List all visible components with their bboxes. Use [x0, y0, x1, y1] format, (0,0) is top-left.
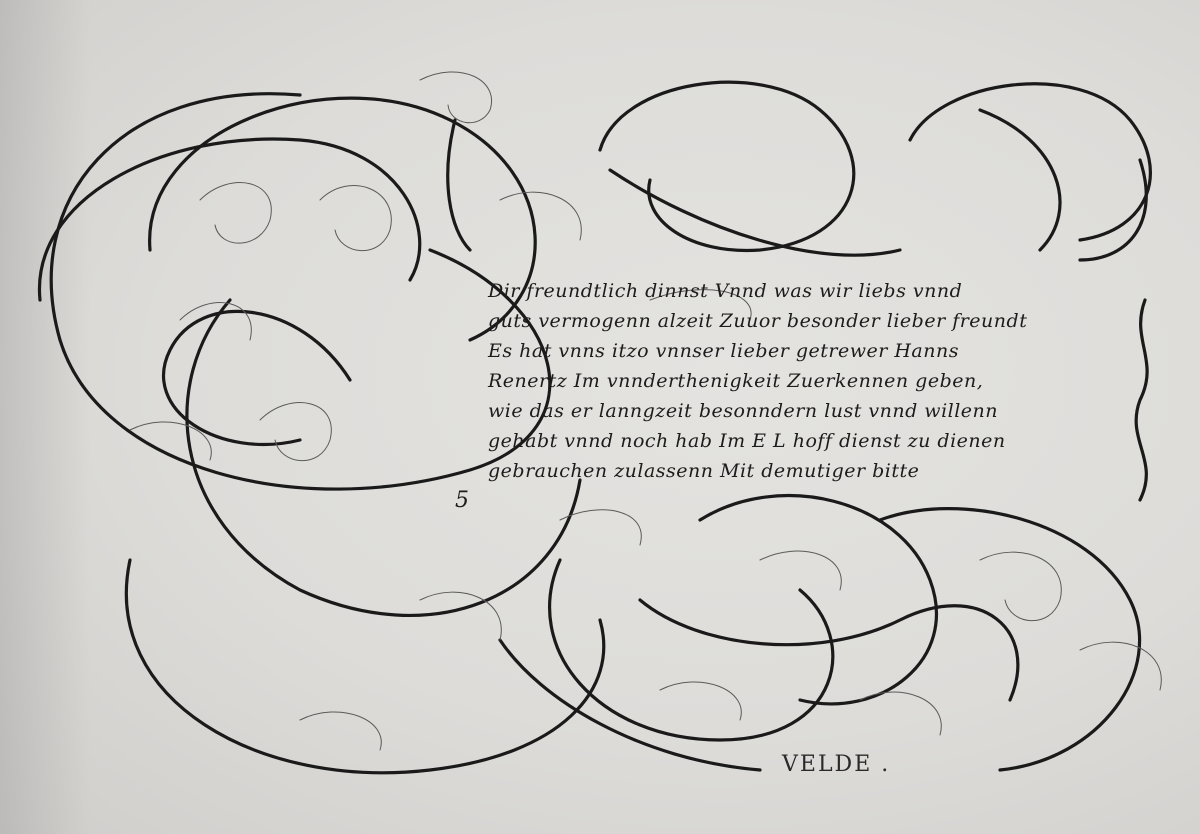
text-line: Es hat vnns itzo vnnser lieber getrewer … [488, 336, 1148, 366]
text-line: wie das er lanngzeit besonndern lust vnn… [488, 396, 1148, 426]
manuscript-text: Dir freundtlich dinnst Vnnd was wir lieb… [488, 276, 1148, 486]
text-line: Dir freundtlich dinnst Vnnd was wir lieb… [488, 276, 1148, 306]
signature: VELDE . [782, 752, 890, 777]
text-line: gehabt vnnd noch hab Im E L hoff dienst … [488, 426, 1148, 456]
margin-number: 5 [455, 488, 469, 513]
manuscript-page: Dir freundtlich dinnst Vnnd was wir lieb… [0, 0, 1200, 834]
text-line: gebrauchen zulassenn Mit demutiger bitte [488, 456, 1148, 486]
text-line: guts vermogenn alzeit Zuuor besonder lie… [488, 306, 1148, 336]
text-line: Renertz Im vnnderthenigkeit Zuerkennen g… [488, 366, 1148, 396]
